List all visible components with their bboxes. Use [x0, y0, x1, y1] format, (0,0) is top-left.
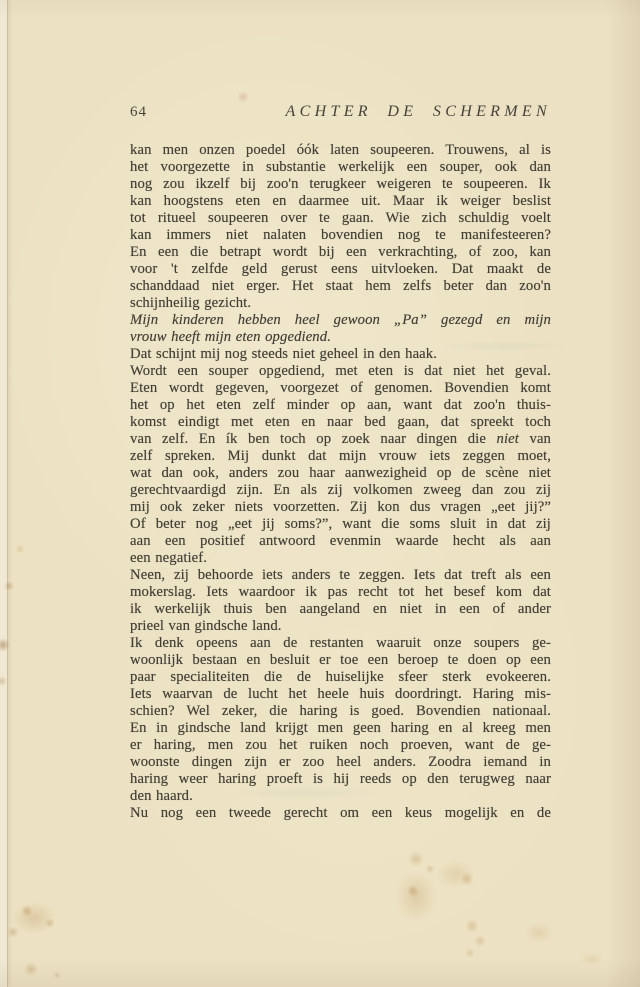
text-line: woonlijk bestaan en besluit er toe een b… [130, 652, 551, 669]
text-line: schijnheilig gezicht. [130, 295, 551, 312]
page-header: 64 ACHTER DE SCHERMEN [130, 103, 551, 123]
text-line: Nu nog een tweede gerecht om een keus mo… [130, 805, 551, 822]
text-line: aan een positief antwoord evenmin waarde… [130, 533, 551, 550]
text-line: Dat schijnt mij nog steeds niet geheel i… [130, 346, 551, 363]
text-line: Eten wordt gegeven, voorgezet of genomen… [130, 380, 551, 397]
text-line: mokerslag. Iets waardoor ik pas recht to… [130, 584, 551, 601]
text-line: Of beter nog „eet jij soms?”, want die s… [130, 516, 551, 533]
text-line: voor 't zelfde geld gerust eens uitvloek… [130, 261, 551, 278]
paragraph: Nu nog een tweede gerecht om een keus mo… [130, 805, 551, 822]
text-line: Wordt een souper opgediend, met eten is … [130, 363, 551, 380]
text-line: wat dan ook, anders zou haar aanwezighei… [130, 465, 551, 482]
text-line: Iets waarvan de lucht het heele huis doo… [130, 686, 551, 703]
text-line: Ik denk opeens aan de restanten waaruit … [130, 635, 551, 652]
text-line: ik werkelijk thuis ben aangeland en niet… [130, 601, 551, 618]
text-line: Neen, zij behoorde iets anders te zeggen… [130, 567, 551, 584]
text-line: En een die betrapt wordt bij een verkrac… [130, 244, 551, 261]
running-title: ACHTER DE SCHERMEN [286, 103, 551, 121]
text-line: schanddaad niet erger. Het staat hem zel… [130, 278, 551, 295]
page-number: 64 [130, 104, 147, 121]
text-line: er haring, men zou het ruiken noch proev… [130, 737, 551, 754]
text-line: kan men onzen poedel óók laten soupeeren… [130, 142, 551, 159]
text-line: mij ook zeker niets voorzetten. Zij kon … [130, 499, 551, 516]
book-page: 64 ACHTER DE SCHERMEN kan men onzen poed… [0, 0, 640, 987]
paragraph: Mijn kinderen hebben heel gewoon „Pa” ge… [130, 312, 551, 346]
text-line: vrouw heeft mijn eten opgediend. [130, 329, 551, 346]
text-line: kan immers niet nalaten bovendien nog te… [130, 227, 551, 244]
text-line: zelf spreken. Mij dunkt dat mijn vrouw i… [130, 448, 551, 465]
text-line: komst eindigt met eten en naar bed gaan,… [130, 414, 551, 431]
text-line: nog zou ikzelf bij zoo'n terugkeer weige… [130, 176, 551, 193]
page-edge [0, 0, 8, 987]
text-line: het op het eten zelf minder op aan, want… [130, 397, 551, 414]
text-line: het voorgezette in substantie werkelijk … [130, 159, 551, 176]
text-block: kan men onzen poedel óók laten soupeeren… [130, 142, 551, 822]
paragraph: Ik denk opeens aan de restanten waaruit … [130, 635, 551, 805]
text-line: prieel van gindsche land. [130, 618, 551, 635]
paragraph: Neen, zij behoorde iets anders te zeggen… [130, 567, 551, 635]
text-line: een negatief. [130, 550, 551, 567]
paragraph: kan men onzen poedel óók laten soupeeren… [130, 142, 551, 312]
text-line: kan hoogstens eten en daarmee uit. Maar … [130, 193, 551, 210]
paragraph: Wordt een souper opgediend, met eten is … [130, 363, 551, 567]
text-line: van zelf. En ík ben toch op zoek naar di… [130, 431, 551, 448]
text-line: gerechtvaardigd zijn. En als zij volkome… [130, 482, 551, 499]
text-line: paar specialiteiten die de huiselijke sf… [130, 669, 551, 686]
text-line: woonste dingen zijn er zoo heel anders. … [130, 754, 551, 771]
text-line: haring weer haring proeft is hij reeds o… [130, 771, 551, 788]
text-line: En in gindsche land krijgt men geen hari… [130, 720, 551, 737]
text-line: schien? Wel zeker, die haring is goed. B… [130, 703, 551, 720]
text-line: Mijn kinderen hebben heel gewoon „Pa” ge… [130, 312, 551, 329]
text-line: den haard. [130, 788, 551, 805]
text-line: tot ritueel soupeeren over te gaan. Wie … [130, 210, 551, 227]
paragraph: Dat schijnt mij nog steeds niet geheel i… [130, 346, 551, 363]
